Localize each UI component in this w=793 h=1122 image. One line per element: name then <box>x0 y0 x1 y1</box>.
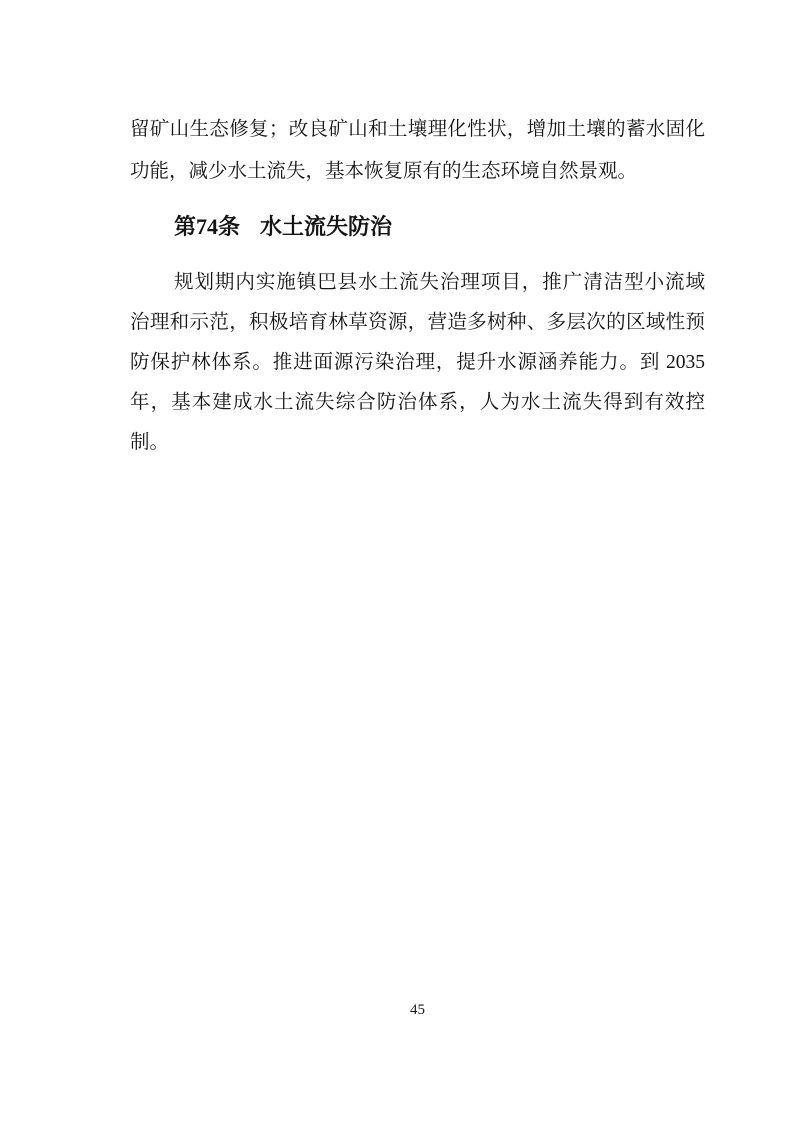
article-heading: 第74条水土流失防治 <box>130 206 705 248</box>
text-line: 留矿山生态修复；改良矿山和土壤理化性状，增加土壤的蓄水固化 <box>130 109 705 151</box>
body-paragraph-continuation: 留矿山生态修复；改良矿山和土壤理化性状，增加土壤的蓄水固化 功能，减少水土流失，… <box>130 109 705 193</box>
page-number: 45 <box>130 1000 705 1020</box>
article-title: 水土流失防治 <box>260 214 392 239</box>
page-body: 留矿山生态修复；改良矿山和土壤理化性状，增加土壤的蓄水固化 功能，减少水土流失，… <box>130 109 705 463</box>
article-body-paragraph: 规划期内实施镇巴县水土流失治理项目，推广清洁型小流域 治理和示范，积极培育林草资… <box>130 263 705 463</box>
text-line: 年，基本建成水土流失综合防治体系，人为水土流失得到有效控 <box>130 383 705 423</box>
text-line: 规划期内实施镇巴县水土流失治理项目，推广清洁型小流域 <box>130 263 705 303</box>
text-line: 制。 <box>130 423 705 463</box>
text-line: 治理和示范，积极培育林草资源，营造多树种、多层次的区域性预 <box>130 303 705 343</box>
article-number: 第74条 <box>174 214 240 239</box>
document-page: 留矿山生态修复；改良矿山和土壤理化性状，增加土壤的蓄水固化 功能，减少水土流失，… <box>0 0 793 1122</box>
text-line: 功能，减少水土流失，基本恢复原有的生态环境自然景观。 <box>130 151 705 193</box>
text-line: 防保护林体系。推进面源污染治理，提升水源涵养能力。到 2035 <box>130 343 705 383</box>
